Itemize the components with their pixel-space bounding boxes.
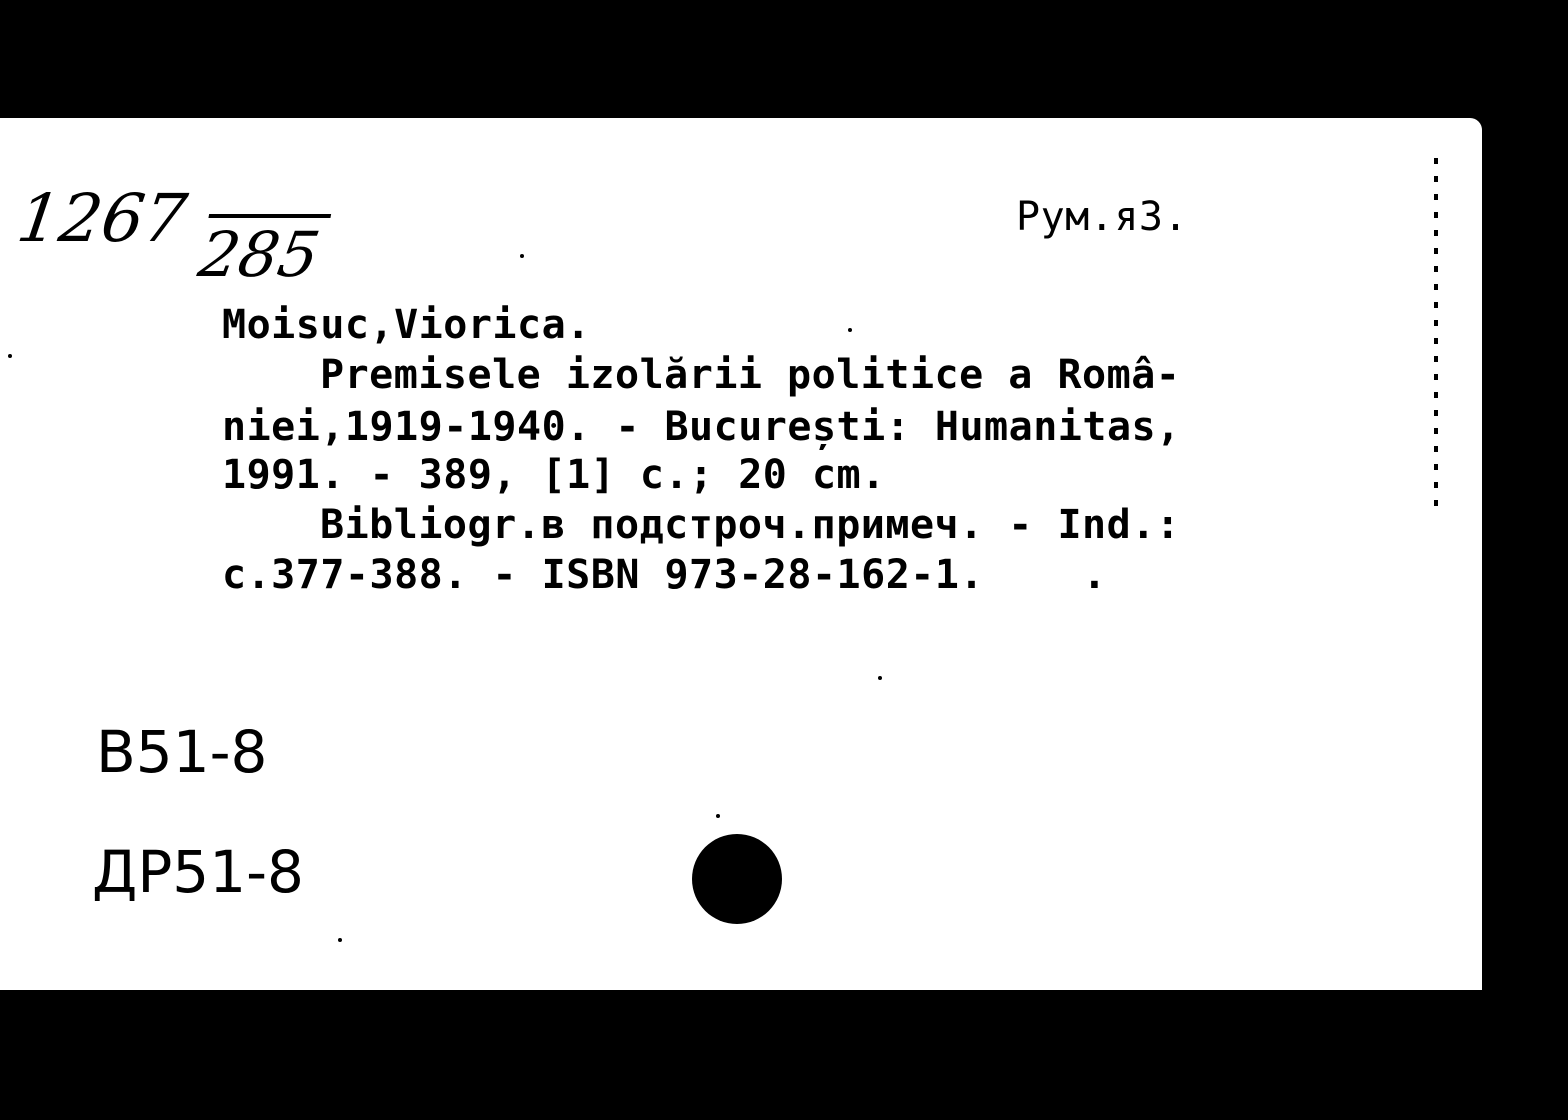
notes-line-1: Bibliogr.в подстроч.примеч. - Ind.: [320,498,1180,552]
punch-hole [692,834,782,924]
speckle-dot [8,354,12,358]
shelf-mark: Рум.я3. [1016,194,1188,240]
title-line-1: Premisele izolării politice a Româ- [320,348,1180,402]
speckle-dot [716,814,720,818]
speckle-dot [878,676,882,680]
location-code-2: ДР51-8 [92,838,304,906]
physical-description: 1991. - 389, [1] c.; 20 cm. [222,448,886,502]
catalog-card: 1267 285 Рум.я3. Moisuc,Viorica. Premise… [0,118,1482,990]
inventory-subnumber: 285 [194,218,325,291]
scanned-catalog-card: 1267 285 Рум.я3. Moisuc,Viorica. Premise… [0,0,1568,1120]
edge-speckle [1434,158,1438,518]
speckle-dot [338,938,342,942]
speckle-dot [848,328,852,332]
author-heading: Moisuc,Viorica. [222,298,591,352]
inventory-number: 1267 [13,180,192,257]
title-line-2: niei,1919-1940. - București: Humanitas, [222,400,1181,454]
location-code-1: B51-8 [96,718,267,786]
speckle-dot [520,254,524,258]
notes-line-2: c.377-388. - ISBN 973-28-162-1. . [222,548,1107,602]
